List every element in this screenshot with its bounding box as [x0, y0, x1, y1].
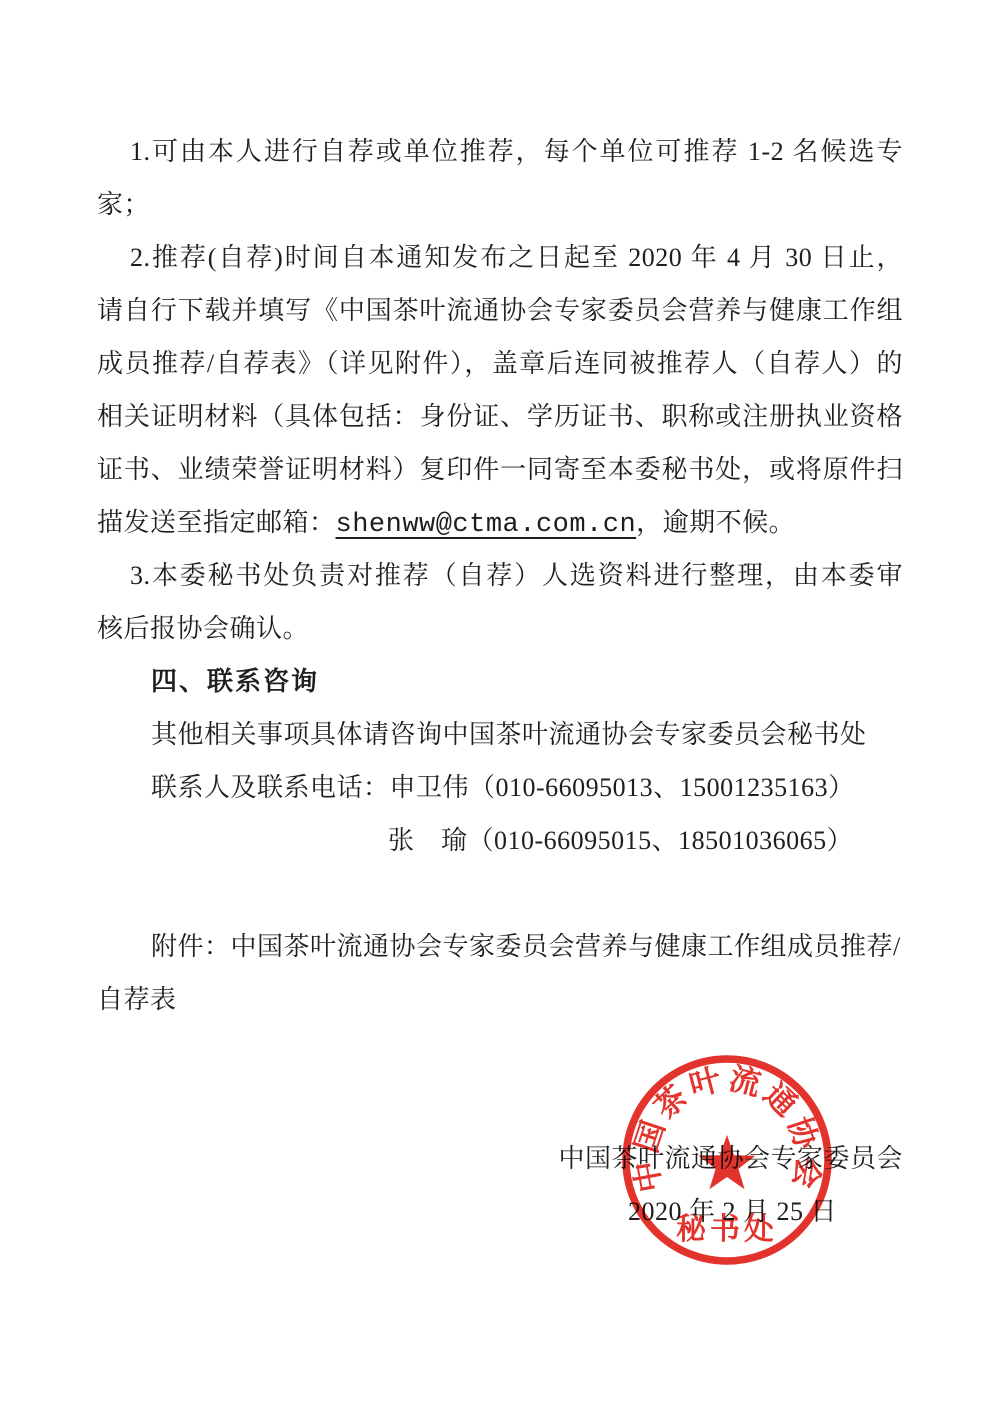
- text-segment: 2.推荐(自荐)时间自本通知发布之日起至 2020 年 4 月 30 日止，: [130, 243, 903, 272]
- text-line: 家；: [97, 178, 903, 231]
- text-line: 自荐表: [97, 973, 903, 1026]
- text-line: 3.本委秘书处负责对推荐（自荐）人选资料进行整理，由本委审: [97, 549, 903, 602]
- text-line: 四、联系咨询: [97, 655, 903, 708]
- email-address: shenww@ctma.com.cn: [336, 510, 637, 540]
- text-line: 张 瑜（010-66095015、18501036065）: [97, 814, 903, 867]
- star-icon: [699, 1135, 756, 1189]
- text-segment: 家；: [97, 190, 150, 219]
- document-page: 1.可由本人进行自荐或单位推荐，每个单位可推荐 1-2 名候选专家；2.推荐(自…: [0, 0, 1000, 1414]
- text-segment: 核后报协会确认。: [97, 614, 309, 643]
- text-line: 成员推荐/自荐表》（详见附件），盖章后连同被推荐人（自荐人）的: [97, 337, 903, 390]
- text-segment: 张 瑜（010-66095015、18501036065）: [388, 826, 853, 855]
- text-segment: 成员推荐/自荐表》（详见附件），盖章后连同被推荐人（自荐人）的: [97, 349, 903, 378]
- text-line: 联系人及联系电话：申卫伟（010-66095013、15001235163）: [97, 761, 903, 814]
- text-segment: 3.本委秘书处负责对推荐（自荐）人选资料进行整理，由本委审: [130, 561, 903, 590]
- text-line: 请自行下载并填写《中国茶叶流通协会专家委员会营养与健康工作组: [97, 284, 903, 337]
- text-line: 2.推荐(自荐)时间自本通知发布之日起至 2020 年 4 月 30 日止，: [97, 231, 903, 284]
- text-line: 附件：中国茶叶流通协会专家委员会营养与健康工作组成员推荐/: [97, 920, 903, 973]
- text-segment: 描发送至指定邮箱：: [97, 508, 336, 537]
- text-line: 核后报协会确认。: [97, 602, 903, 655]
- text-segment: 四、联系咨询: [151, 666, 319, 696]
- text-line: 证书、业绩荣誉证明材料）复印件一同寄至本委秘书处，或将原件扫: [97, 443, 903, 496]
- seal-graphic: 中国茶叶流通协会 秘书处: [612, 1045, 842, 1275]
- text-segment: ，逾期不候。: [636, 508, 795, 537]
- text-line: 相关证明材料（具体包括：身份证、学历证书、职称或注册执业资格: [97, 390, 903, 443]
- text-line: 1.可由本人进行自荐或单位推荐，每个单位可推荐 1-2 名候选专: [97, 125, 903, 178]
- text-line: 描发送至指定邮箱：shenww@ctma.com.cn，逾期不候。: [97, 496, 903, 549]
- text-segment: 1.可由本人进行自荐或单位推荐，每个单位可推荐 1-2 名候选专: [130, 137, 903, 166]
- text-segment: 联系人及联系电话：申卫伟（010-66095013、15001235163）: [151, 773, 855, 802]
- text-segment: 证书、业绩荣誉证明材料）复印件一同寄至本委秘书处，或将原件扫: [97, 455, 903, 484]
- text-segment: 请自行下载并填写《中国茶叶流通协会专家委员会营养与健康工作组: [97, 296, 903, 325]
- text-line: [97, 867, 903, 920]
- seal-center-text: 秘书处: [676, 1213, 778, 1246]
- text-segment: 自荐表: [97, 985, 177, 1014]
- text-line: 其他相关事项具体请咨询中国茶叶流通协会专家委员会秘书处: [97, 708, 903, 761]
- text-segment: 附件：中国茶叶流通协会专家委员会营养与健康工作组成员推荐/: [151, 932, 901, 961]
- text-segment: 相关证明材料（具体包括：身份证、学历证书、职称或注册执业资格: [97, 402, 903, 431]
- official-seal: 中国茶叶流通协会 秘书处: [612, 1045, 842, 1275]
- text-segment: 其他相关事项具体请咨询中国茶叶流通协会专家委员会秘书处: [151, 720, 867, 749]
